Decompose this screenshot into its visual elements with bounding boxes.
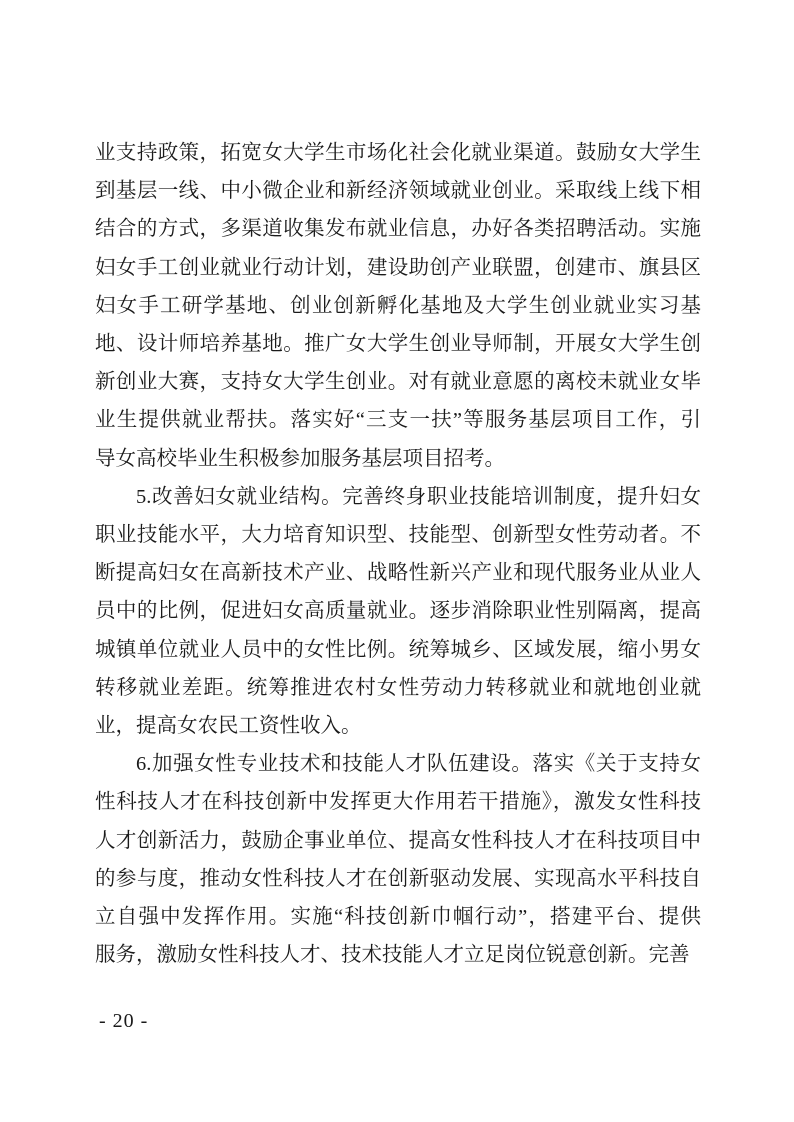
text-line: 业支持政策，拓宽女大学生市场化社会化就业渠道。鼓励女大学生 — [95, 134, 701, 172]
text-line: 5.改善妇女就业结构。完善终身职业技能培训制度，提升妇女 — [95, 478, 701, 516]
text-line: 业，提高女农民工资性收入。 — [95, 707, 701, 745]
text-line: 职业技能水平，大力培育知识型、技能型、创新型女性劳动者。不 — [95, 516, 701, 554]
text-line: 地、设计师培养基地。推广女大学生创业导师制，开展女大学生创 — [95, 325, 701, 363]
text-line: 导女高校毕业生积极参加服务基层项目招考。 — [95, 440, 701, 478]
text-line: 员中的比例，促进妇女高质量就业。逐步消除职业性别隔离，提高 — [95, 592, 701, 630]
text-line: 立自强中发挥作用。实施“科技创新巾帼行动”，搭建平台、提供 — [95, 898, 701, 936]
text-line: 到基层一线、中小微企业和新经济领域就业创业。采取线上线下相 — [95, 172, 701, 210]
text-line: 转移就业差距。统筹推进农村女性劳动力转移就业和就地创业就 — [95, 669, 701, 707]
text-line: 服务，激励女性科技人才、技术技能人才立足岗位锐意创新。完善 — [95, 936, 701, 974]
text-line: 妇女手工研学基地、创业创新孵化基地及大学生创业就业实习基 — [95, 287, 701, 325]
text-line: 人才创新活力，鼓励企事业单位、提高女性科技人才在科技项目中 — [95, 822, 701, 860]
text-line: 6.加强女性专业技术和技能人才队伍建设。落实《关于支持女 — [95, 745, 701, 783]
text-line: 城镇单位就业人员中的女性比例。统筹城乡、区域发展，缩小男女 — [95, 631, 701, 669]
paragraph: 6.加强女性专业技术和技能人才队伍建设。落实《关于支持女性科技人才在科技创新中发… — [95, 745, 701, 974]
paragraph: 业支持政策，拓宽女大学生市场化社会化就业渠道。鼓励女大学生到基层一线、中小微企业… — [95, 134, 701, 478]
paragraph: 5.改善妇女就业结构。完善终身职业技能培训制度，提升妇女职业技能水平，大力培育知… — [95, 478, 701, 745]
text-line: 结合的方式，多渠道收集发布就业信息，办好各类招聘活动。实施 — [95, 210, 701, 248]
text-line: 妇女手工创业就业行动计划，建设助创产业联盟，创建市、旗县区 — [95, 249, 701, 287]
text-line: 性科技人才在科技创新中发挥更大作用若干措施》，激发女性科技 — [95, 783, 701, 821]
text-line: 断提高妇女在高新技术产业、战略性新兴产业和现代服务业从业人 — [95, 554, 701, 592]
text-line: 新创业大赛，支持女大学生创业。对有就业意愿的离校未就业女毕 — [95, 363, 701, 401]
text-line: 业生提供就业帮扶。落实好“三支一扶”等服务基层项目工作，引 — [95, 401, 701, 439]
document-body: 业支持政策，拓宽女大学生市场化社会化就业渠道。鼓励女大学生到基层一线、中小微企业… — [95, 134, 701, 974]
page-number: - 20 - — [99, 1009, 148, 1033]
document-page: 业支持政策，拓宽女大学生市场化社会化就业渠道。鼓励女大学生到基层一线、中小微企业… — [0, 0, 794, 1122]
text-line: 的参与度，推动女性科技人才在创新驱动发展、实现高水平科技自 — [95, 860, 701, 898]
